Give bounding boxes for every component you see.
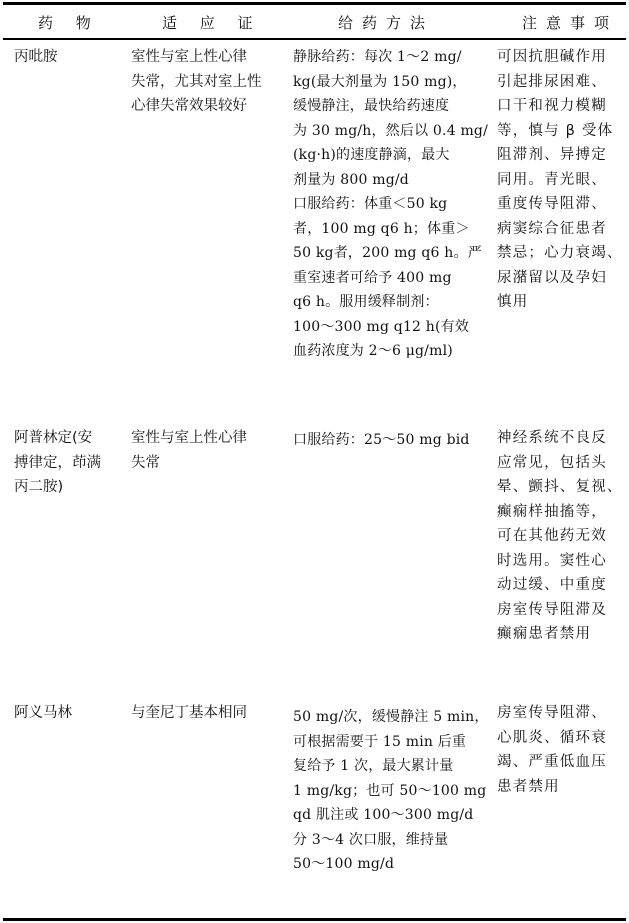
precautions: 神经系统不良反 应常见，包括头 晕、颤抖、复视、 癫痫样抽搐等， 可在其他药无效… xyxy=(497,426,625,647)
indication: 室性与室上性心律 失常，尤其对室上性 心律失常效果较好 xyxy=(131,45,281,119)
dosage: 口服给药：25～50 mg bid xyxy=(293,428,489,453)
dosage: 50 mg/次，缓慢静注 5 min， 可根据需要于 15 min 后重 复给予… xyxy=(293,705,489,877)
precautions: 可因抗胆碱作用 引起排尿困难、 口干和视力模糊 等，慎与 β 受体 阻滞剂、异搏… xyxy=(497,45,625,315)
header-dosage: 给药方法 xyxy=(338,12,434,33)
header-indication: 适 应 证 xyxy=(162,12,262,33)
table-bottom-rule xyxy=(3,918,626,921)
precautions: 房室传导阻滞、 心肌炎、循环衰 竭、严重低血压 患者禁用 xyxy=(497,701,625,799)
drug-name: 阿普林定(安 搏律定，茚满 丙二胺) xyxy=(14,426,126,500)
header-rule xyxy=(3,38,626,40)
indication: 室性与室上性心律 失常 xyxy=(131,426,281,475)
drug-name: 阿义马林 xyxy=(14,701,126,726)
header-drug: 药 物 xyxy=(38,12,100,33)
header-precautions: 注意事项 xyxy=(522,12,618,33)
drug-name: 丙吡胺 xyxy=(14,45,126,70)
indication: 与奎尼丁基本相同 xyxy=(131,701,281,726)
table-top-rule xyxy=(3,2,626,5)
dosage: 静脉给药：每次 1～2 mg/ kg(最大剂量为 150 mg)， 缓慢静注，最… xyxy=(293,45,489,364)
